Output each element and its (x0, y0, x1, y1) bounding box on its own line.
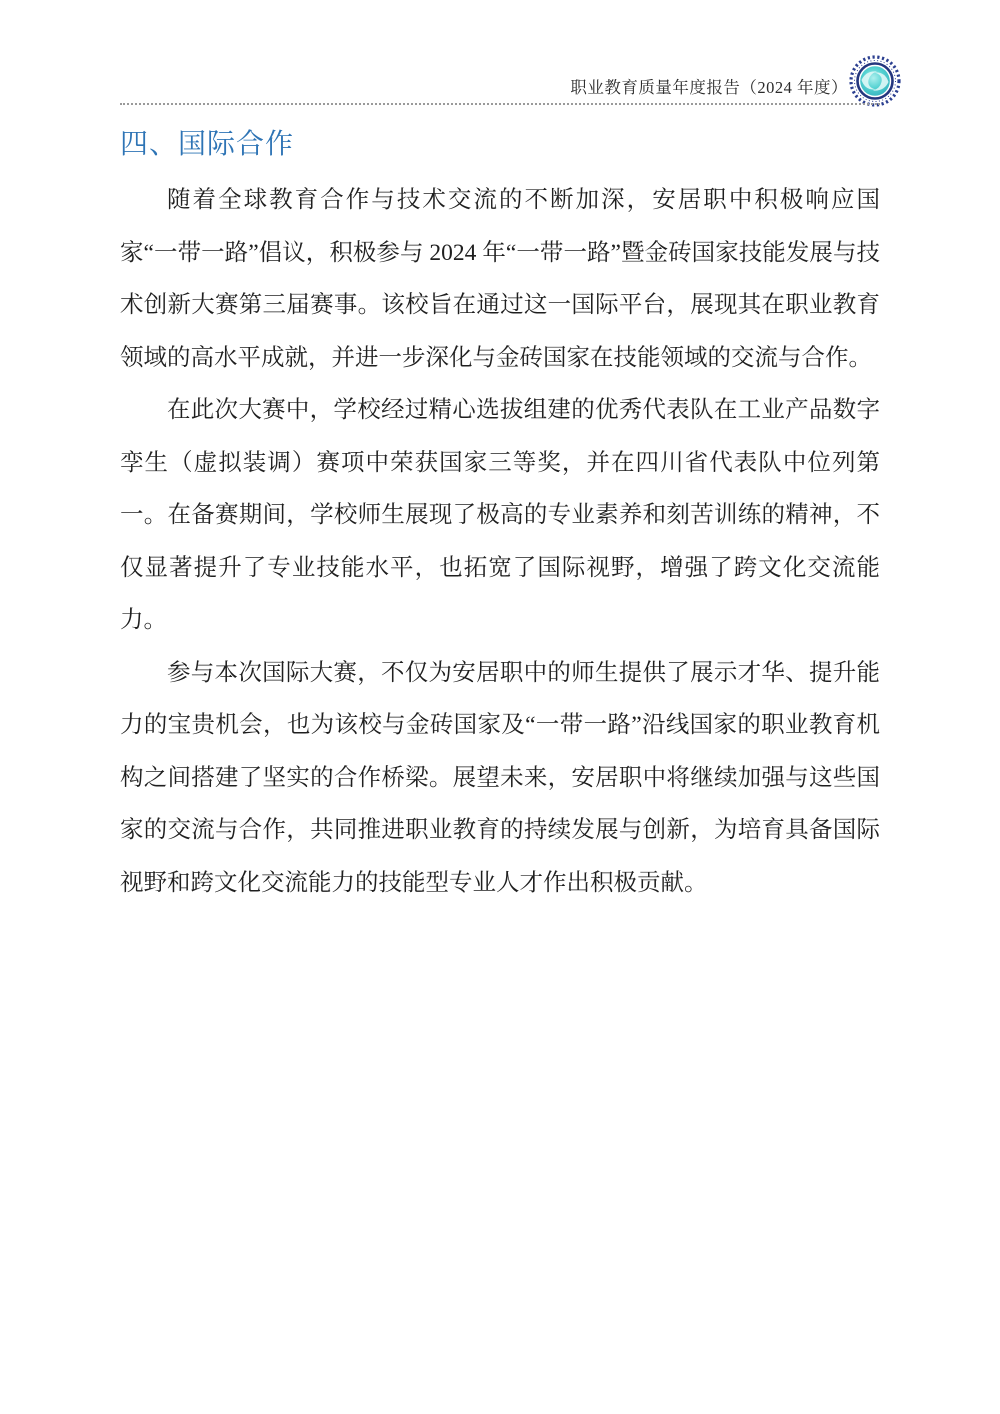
paragraph-3: 参与本次国际大赛，不仅为安居职中的师生提供了展示才华、提升能力的宝贵机会，也为该… (120, 647, 880, 910)
school-seal-logo (848, 54, 902, 108)
header-divider (120, 103, 880, 105)
document-body: 四、国际合作 随着全球教育合作与技术交流的不断加深，安居职中积极响应国家“一带一… (120, 128, 880, 909)
paragraph-1: 随着全球教育合作与技术交流的不断加深，安居职中积极响应国家“一带一路”倡议，积极… (120, 174, 880, 384)
header-title: 职业教育质量年度报告（2024 年度） (570, 74, 848, 98)
document-page: 职业教育质量年度报告（2024 年度） 四、国际合作 随着全球 (0, 0, 1000, 1414)
seal-logo-graphic (848, 54, 902, 108)
paragraph-2: 在此次大赛中，学校经过精心选拔组建的优秀代表队在工业产品数字孪生（虚拟装调）赛项… (120, 384, 880, 647)
section-heading: 四、国际合作 (120, 128, 880, 162)
